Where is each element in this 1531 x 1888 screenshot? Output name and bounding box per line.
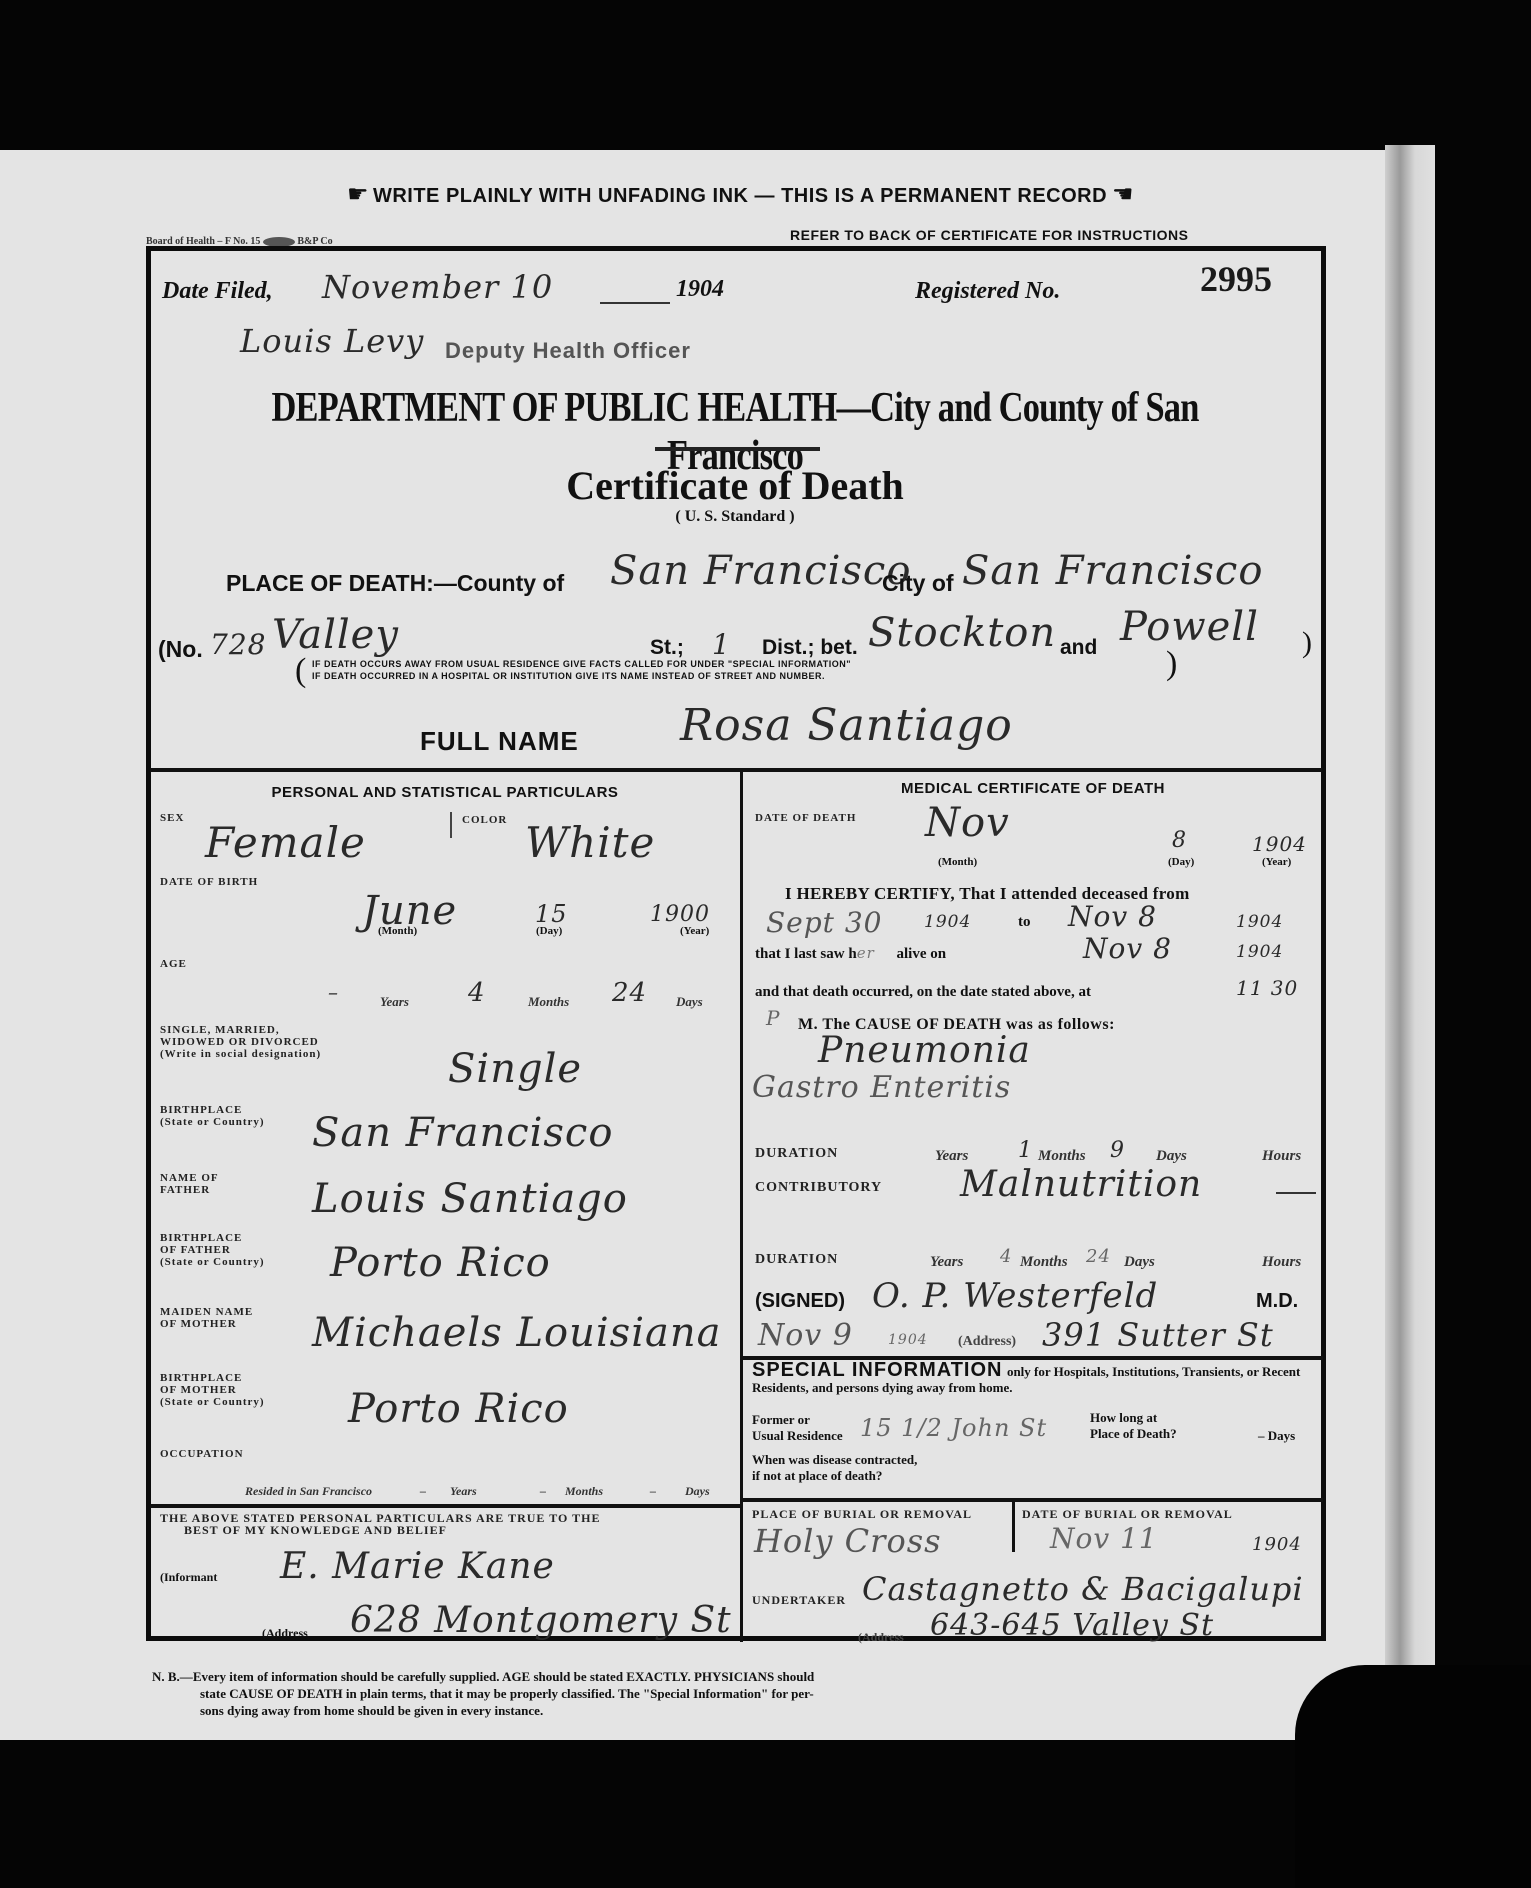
duration-1-days-caption: Days: [1156, 1148, 1187, 1165]
dob-month-caption: (Month): [378, 925, 417, 937]
father-value: Louis Santiago: [312, 1176, 628, 1222]
resided-days: –: [650, 1484, 656, 1499]
attended-from: Sept 30: [766, 906, 882, 939]
contracted-label-line-2: if not at place of death?: [752, 1468, 917, 1484]
duration-1-label: DURATION: [755, 1148, 838, 1160]
resided-days-caption: Days: [685, 1484, 710, 1499]
mother-label-line-1: MAIDEN NAME: [160, 1306, 253, 1318]
title-rule: [655, 447, 820, 451]
dob-day-caption: (Day): [536, 925, 562, 937]
color-label: COLOR: [462, 814, 507, 826]
dob-label: DATE OF BIRTH: [160, 876, 258, 888]
cause-secondary: Gastro Enteritis: [752, 1070, 1011, 1105]
informant-label: (Informant: [160, 1570, 217, 1585]
informant-address: 628 Montgomery St: [350, 1600, 732, 1641]
resided-months-caption: Months: [565, 1484, 603, 1499]
officer-title: Deputy Health Officer: [445, 338, 691, 364]
column-divider: [740, 772, 743, 1642]
age-label: AGE: [160, 958, 187, 970]
medical-heading: MEDICAL CERTIFICATE OF DEATH: [743, 780, 1323, 797]
age-days-caption: Days: [676, 994, 703, 1010]
date-of-death-month: Nov: [925, 800, 1010, 846]
physician-address-label: (Address): [958, 1334, 1016, 1350]
time-of-death: 11 30: [1236, 976, 1298, 1000]
date-filed-label: Date Filed,: [162, 278, 273, 305]
former-residence-label-line-2: Usual Residence: [752, 1428, 843, 1444]
attended-to: Nov 8: [1068, 900, 1157, 933]
footnote-prefix: N. B.—: [152, 1669, 193, 1684]
marital-label-line-1: SINGLE, MARRIED,: [160, 1024, 321, 1036]
note-open-paren: (: [295, 652, 306, 690]
place-of-death-label: PLACE OF DEATH:—County of: [226, 570, 564, 597]
md-label: M.D.: [1256, 1290, 1298, 1313]
burial-date-value: Nov 11: [1050, 1522, 1158, 1555]
contracted-label-line-1: When was disease contracted,: [752, 1452, 917, 1468]
place-note-line-1: IF DEATH OCCURS AWAY FROM USUAL RESIDENC…: [312, 659, 851, 669]
close-paren: ): [1302, 626, 1312, 660]
alive-on-text: alive on: [897, 946, 947, 962]
contributory-label: CONTRIBUTORY: [755, 1182, 882, 1194]
date-filed-year: 1904: [676, 276, 724, 303]
informant-address-label: (Address: [262, 1626, 308, 1641]
resided-years-caption: Years: [450, 1484, 477, 1499]
attended-from-year: 1904: [924, 912, 971, 932]
last-saw-year: 1904: [1236, 942, 1283, 962]
last-saw-date: Nov 8: [1083, 932, 1172, 965]
former-residence-label-line-1: Former or: [752, 1412, 843, 1428]
footnote-line-2: state CAUSE OF DEATH in plain terms, tha…: [152, 1685, 814, 1702]
pointing-hand-left-icon: ☛: [347, 181, 369, 208]
date-filed-underline: [600, 302, 670, 304]
us-standard-label: ( U. S. Standard ): [150, 508, 1320, 526]
street-no-label: (No.: [158, 636, 203, 663]
city-value: San Francisco: [962, 548, 1263, 594]
age-years-caption: Years: [380, 994, 409, 1010]
burial-year-value: 1904: [1252, 1534, 1302, 1555]
date-of-death-label: DATE OF DEATH: [755, 812, 856, 824]
father-label-line-1: NAME OF: [160, 1172, 219, 1184]
to-label: to: [1018, 914, 1031, 931]
age-days: 24: [612, 978, 647, 1008]
duration-2-years: 4: [1000, 1246, 1012, 1267]
duration-1-hours-caption: Hours: [1262, 1148, 1301, 1165]
mother-bp-label-line-3: (State or Country): [160, 1396, 265, 1408]
color-value: White: [525, 818, 655, 867]
how-long-label: How long at Place of Death?: [1090, 1410, 1177, 1442]
father-bp-label-line-2: OF FATHER: [160, 1244, 265, 1256]
occupation-label: OCCUPATION: [160, 1448, 244, 1460]
sex-color-divider: [450, 812, 452, 838]
signed-year: 1904: [888, 1332, 928, 1348]
last-saw-text: that I last saw h: [755, 946, 857, 962]
special-heading: SPECIAL INFORMATION only for Hospitals, …: [752, 1362, 1322, 1396]
duration-2-months: 24: [1086, 1246, 1111, 1267]
father-birthplace-label: BIRTHPLACE OF FATHER (State or Country): [160, 1232, 265, 1268]
age-months: 4: [468, 978, 486, 1008]
father-bp-label-line-3: (State or Country): [160, 1256, 265, 1268]
age-years: –: [328, 980, 339, 1004]
how-long-label-line-1: How long at: [1090, 1410, 1177, 1426]
dob-year-caption: (Year): [680, 925, 709, 937]
date-of-death-day: 8: [1172, 828, 1187, 853]
dist-label: Dist.; bet.: [762, 636, 858, 660]
how-long-label-line-2: Place of Death?: [1090, 1426, 1177, 1442]
burial-place-value: Holy Cross: [754, 1522, 942, 1560]
last-saw-label: that I last saw her alive on: [755, 944, 946, 963]
marital-label-line-3: (Write in social designation): [160, 1048, 321, 1060]
attended-to-year: 1904: [1236, 912, 1283, 932]
undertaker-value: Castagnetto & Bacigalupi: [862, 1570, 1304, 1608]
pointing-hand-right-icon: ☛: [1112, 180, 1134, 209]
officer-signature: Louis Levy: [240, 322, 424, 360]
mother-label-line-2: OF MOTHER: [160, 1318, 253, 1330]
how-long-days-value: –: [1258, 1428, 1265, 1443]
date-filed-value: November 10: [322, 268, 553, 306]
mother-birthplace-label: BIRTHPLACE OF MOTHER (State or Country): [160, 1372, 265, 1408]
sex-label: SEX: [160, 812, 184, 824]
sex-value: Female: [205, 818, 366, 867]
certificate-title: Certificate of Death: [150, 462, 1320, 509]
county-value: San Francisco: [610, 548, 911, 594]
cause-primary: Pneumonia: [818, 1030, 1031, 1071]
full-name-label: FULL NAME: [420, 726, 579, 757]
informant-statement-line-2: BEST OF MY KNOWLEDGE AND BELIEF: [160, 1524, 600, 1536]
former-residence-label: Former or Usual Residence: [752, 1412, 843, 1444]
dod-year-caption: (Year): [1262, 856, 1291, 868]
duration-1-years-caption: Years: [935, 1148, 968, 1165]
resided-label: Resided in San Francisco: [245, 1484, 372, 1499]
footnote-line-3: sons dying away from home should be give…: [152, 1702, 814, 1719]
dob-year: 1900: [650, 902, 710, 927]
birthplace-label-line-2: (State or Country): [160, 1116, 265, 1128]
banner-text: WRITE PLAINLY WITH UNFADING INK — THIS I…: [373, 185, 1107, 207]
signed-date: Nov 9: [758, 1318, 853, 1353]
how-long-days-label: Days: [1268, 1428, 1295, 1443]
registered-label: Registered No.: [915, 278, 1060, 305]
between-street-1: Stockton: [868, 610, 1056, 656]
undertaker-address-label: (Address: [858, 1630, 904, 1645]
contributory-dash: [1276, 1192, 1316, 1194]
ward-value: 1: [712, 628, 731, 661]
note-close-paren: ): [1166, 645, 1177, 683]
duration-2-hours-caption: Hours: [1262, 1254, 1301, 1271]
physician-address: 391 Sutter St: [1042, 1316, 1274, 1354]
birthplace-label: BIRTHPLACE (State or Country): [160, 1104, 265, 1128]
duration-2-months-caption: Months: [1020, 1254, 1068, 1271]
scan-shadow: [1295, 1665, 1531, 1888]
mother-label: MAIDEN NAME OF MOTHER: [160, 1306, 253, 1330]
last-saw-pronoun: er: [857, 944, 875, 962]
special-heading-title: SPECIAL INFORMATION: [752, 1359, 1002, 1381]
dob-day: 15: [535, 900, 568, 928]
burial-column-divider: [1012, 1502, 1015, 1552]
date-of-death-year: 1904: [1252, 832, 1307, 856]
place-note-line-2: IF DEATH OCCURRED IN A HOSPITAL OR INSTI…: [312, 671, 825, 681]
top-banner: ☛ WRITE PLAINLY WITH UNFADING INK — THIS…: [200, 180, 1280, 209]
mother-bp-label-line-2: OF MOTHER: [160, 1384, 265, 1396]
father-birthplace-value: Porto Rico: [330, 1240, 551, 1286]
burial-divider: [743, 1498, 1323, 1502]
duration-1-days: 9: [1110, 1138, 1125, 1163]
and-label: and: [1060, 636, 1097, 660]
mother-birthplace-value: Porto Rico: [348, 1386, 569, 1432]
between-street-2: Powell: [1120, 604, 1259, 650]
mother-value: Michaels Louisiana: [312, 1310, 721, 1356]
physician-signature: O. P. Westerfeld: [872, 1276, 1158, 1316]
undertaker-label: UNDERTAKER: [752, 1594, 846, 1606]
dod-day-caption: (Day): [1168, 856, 1194, 868]
birthplace-value: San Francisco: [312, 1110, 613, 1156]
mother-bp-label-line-1: BIRTHPLACE: [160, 1372, 265, 1384]
undertaker-address: 643-645 Valley St: [930, 1608, 1214, 1643]
marital-label-line-2: WIDOWED OR DIVORCED: [160, 1036, 321, 1048]
section-divider: [150, 768, 1322, 772]
duration-2-days-caption: Days: [1124, 1254, 1155, 1271]
duration-1-months-caption: Months: [1038, 1148, 1086, 1165]
burial-date-label: DATE of BURIAL or REMOVAL: [1022, 1508, 1233, 1520]
street-no-value: 728: [210, 628, 266, 661]
meridiem-value: P: [766, 1006, 780, 1030]
informant-divider: [150, 1504, 740, 1508]
former-residence-value: 15 1/2 John St: [860, 1414, 1047, 1442]
age-months-caption: Months: [528, 994, 569, 1010]
footnote: N. B.—Every item of information should b…: [152, 1668, 814, 1719]
informant-statement: THE ABOVE STATED PERSONAL PARTICULARS AR…: [160, 1512, 600, 1536]
how-long-days: – Days: [1258, 1428, 1295, 1444]
dod-month-caption: (Month): [938, 856, 977, 868]
informant-name: E. Marie Kane: [280, 1546, 555, 1587]
city-label: City of: [882, 570, 954, 597]
marital-label: SINGLE, MARRIED, WIDOWED OR DIVORCED (Wr…: [160, 1024, 321, 1060]
occurred-text: and that death occurred, on the date sta…: [755, 984, 1091, 1001]
birthplace-label-line-1: BIRTHPLACE: [160, 1104, 265, 1116]
st-label: St.;: [650, 636, 684, 660]
duration-1-months: 1: [1018, 1138, 1033, 1163]
duration-2-years-caption: Years: [930, 1254, 963, 1271]
resided-years: –: [420, 1484, 426, 1499]
street-value: Valley: [272, 612, 399, 658]
father-bp-label-line-1: BIRTHPLACE: [160, 1232, 265, 1244]
contributory-value: Malnutrition: [960, 1164, 1202, 1205]
footnote-line-1: Every item of information should be care…: [193, 1669, 814, 1684]
duration-2-label: DURATION: [755, 1254, 838, 1266]
father-label-line-2: FATHER: [160, 1184, 219, 1196]
burial-place-label: PLACE OF BURIAL OR REMOVAL: [752, 1508, 972, 1520]
registered-number: 2995: [1200, 258, 1272, 300]
father-label: NAME OF FATHER: [160, 1172, 219, 1196]
contracted-label: When was disease contracted, if not at p…: [752, 1452, 917, 1484]
personal-heading: PERSONAL AND STATISTICAL PARTICULARS: [150, 784, 740, 801]
signed-label: (SIGNED): [755, 1290, 845, 1313]
resided-months: –: [540, 1484, 546, 1499]
page-edge: [1385, 145, 1435, 1675]
marital-value: Single: [448, 1046, 582, 1092]
instructions-note: REFER TO BACK OF CERTIFICATE FOR INSTRUC…: [790, 227, 1188, 243]
full-name-value: Rosa Santiago: [680, 700, 1013, 751]
